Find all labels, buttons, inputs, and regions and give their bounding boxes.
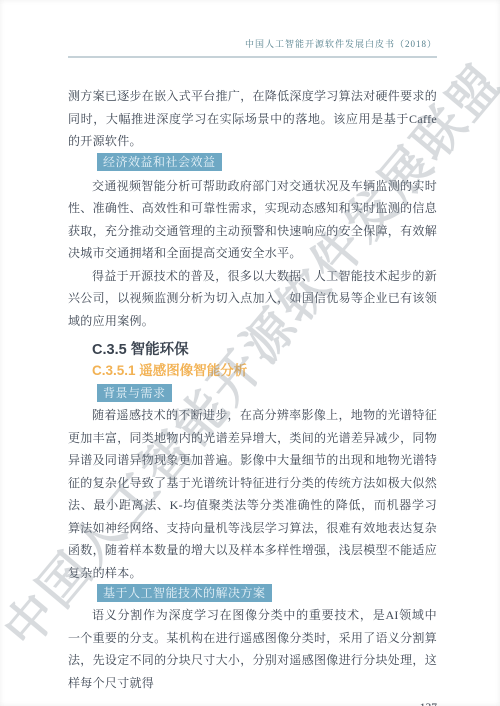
badge-row: 背景与需求 (68, 384, 437, 402)
badge-economic-social-benefit: 经济效益和社会效益 (97, 153, 222, 171)
heading-c351-remote-sensing: C.3.5.1 遥感图像智能分析 (92, 363, 437, 378)
paragraph-open-source-benefit: 得益于开源技术的普及，很多以大数据、人工智能技术起步的新兴公司，以视频监测分析为… (68, 265, 437, 333)
badge-row: 基于人工智能技术的解决方案 (68, 584, 437, 602)
heading-c35-smart-environment: C.3.5 智能环保 (92, 342, 437, 358)
running-header-title: 中国人工智能开源软件发展白皮书（2018） (0, 38, 500, 50)
paragraph-traffic-video-analysis: 交通视频智能分析可帮助政府部门对交通状况及车辆监测的实时性、准确性、高效性和可靠… (68, 175, 437, 265)
page-number: 137 (68, 702, 437, 706)
paragraph-semantic-segmentation: 语义分割作为深度学习在图像分类中的重要技术，是AI领域中一个重要的分支。某机构在… (68, 604, 437, 694)
badge-background-demand: 背景与需求 (97, 384, 172, 402)
document-page: 中国人工智能开源软件发展联盟 中国人工智能开源软件发展白皮书（2018） 测方案… (0, 0, 500, 706)
badge-row: 经济效益和社会效益 (68, 153, 437, 171)
header-rule (68, 56, 437, 58)
paragraph-remote-sensing-challenges: 随着遥感技术的不断进步，在高分辨率影像上，地物的光谱特征更加丰富，同类地物内的光… (68, 404, 437, 584)
page-content: 测方案已逐步在嵌入式平台推广，在降低深度学习算法对硬件要求的同时，大幅推进深度学… (68, 85, 437, 706)
badge-ai-solution: 基于人工智能技术的解决方案 (97, 584, 272, 602)
paragraph-caffe-continuation: 测方案已逐步在嵌入式平台推广，在降低深度学习算法对硬件要求的同时，大幅推进深度学… (68, 85, 437, 153)
